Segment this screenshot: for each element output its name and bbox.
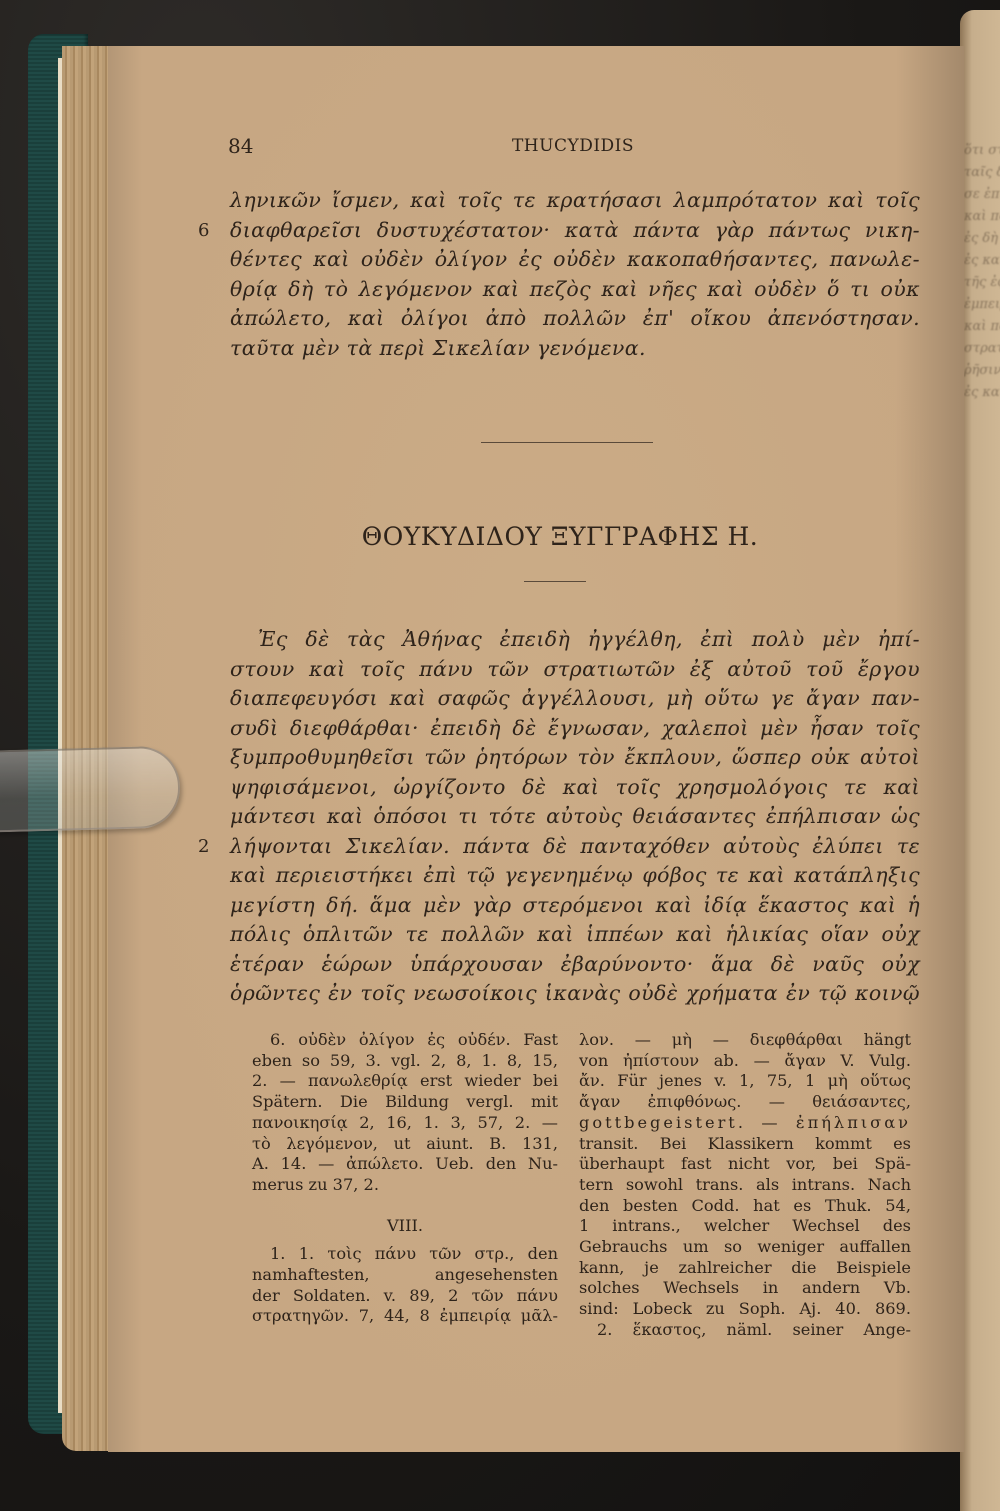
spacer xyxy=(252,1196,558,1216)
footnote-line: 2. ἕκαστος, näml. seiner Ange- xyxy=(579,1320,911,1341)
footnote-line: überhaupt fast nicht vor, bei Spä- xyxy=(579,1154,911,1175)
text-line: στουν καὶ τοῖς πάνυ τῶν στρατιωτῶν ἐξ αὐ… xyxy=(230,655,920,685)
footnote-line: kann, je zahlreicher die Beispiele xyxy=(579,1258,911,1279)
footnote-line: Spätern. Die Bildung vergl. mit xyxy=(252,1092,558,1113)
running-title: THUCYDIDIS xyxy=(228,136,918,156)
text-line: 2λήψονται Σικελίαν. πάντα δὲ πανταχόθεν … xyxy=(230,832,920,862)
text-line: ξυμπροθυμηθεῖσι τῶν ῥητόρων τὸν ἔκπλουν,… xyxy=(230,743,920,773)
footnote-line: λον. — μὴ — διεφθάρθαι hängt xyxy=(579,1030,911,1051)
margin-line-number: 2 xyxy=(198,832,210,862)
facing-page-text-blur: ὅτι στρταῖς δεσε ἐπιθκαὶ πολἐς δὴ καὶἐς … xyxy=(964,140,1000,404)
footnote-line: transit. Bei Klassikern kommt es xyxy=(579,1134,911,1155)
footnote-line: 1 intrans., welcher Wechsel des xyxy=(579,1216,911,1237)
footnote-line: 2. — πανωλεθρίᾳ erst wieder bei xyxy=(252,1071,558,1092)
footnote-line: 6. οὐδὲν ὀλίγον ἐς οὐδέν. Fast xyxy=(252,1030,558,1051)
text-line: διαπεφευγόσι καὶ σαφῶς ἀγγέλλουσι, μὴ οὕ… xyxy=(230,684,920,714)
footnote-line: der Soldaten. v. 89, 2 τῶν πάνυ xyxy=(252,1286,558,1307)
footnote-line: ἄγαν ἐπιφθόνως. — θειάσαντες, xyxy=(579,1092,911,1113)
title-underline-rule xyxy=(524,581,586,582)
text-line: 6διαφθαρεῖσι δυστυχέστατον· κατὰ πάντα γ… xyxy=(230,216,920,246)
text-line: μεγίστη δή. ἅμα μὲν γὰρ στερόμενοι καὶ ἰ… xyxy=(230,891,920,921)
footnote-line: gottbegeistert. — ἐπήλπισαν xyxy=(579,1113,911,1134)
footnote-line: Gebrauchs um so weniger auffallen xyxy=(579,1237,911,1258)
spacer xyxy=(252,1236,558,1244)
text-line: ἀπώλετο, καὶ ὀλίγοι ἀπὸ πολλῶν ἐπ' οἴκου… xyxy=(230,304,920,334)
footnote-line: A. 14. — ἀπώλετο. Ueb. den Nu- xyxy=(252,1154,558,1175)
margin-line-number: 6 xyxy=(198,216,210,246)
running-head: 84 THUCYDIDIS xyxy=(228,134,918,164)
footnotes-right-column: λον. — μὴ — διεφθάρθαι hängt von ἠπίστου… xyxy=(579,1030,911,1341)
clear-plastic-bookmark[interactable] xyxy=(0,746,181,833)
text-line: πόλις ὁπλιτῶν τε πολλῶν καὶ ἱππέων καὶ ἡ… xyxy=(230,920,920,950)
footnote-line: namhaftesten, angesehensten xyxy=(252,1265,558,1286)
text-line: ψηφισάμενοι, ὠργίζοντο δὲ καὶ τοῖς χρησμ… xyxy=(230,773,920,803)
text-line: ταῦτα μὲν τὰ περὶ Σικελίαν γενόμενα. xyxy=(230,334,920,364)
footnote-line: merus zu 37, 2. xyxy=(252,1175,558,1196)
footnotes-left-column: 6. οὐδὲν ὀλίγον ἐς οὐδέν. Fast eben so 5… xyxy=(252,1030,558,1327)
previous-section-text: ληνικῶν ἴσμεν, καὶ τοῖς τε κρατήσασι λαμ… xyxy=(230,186,920,363)
text-line: μάντεσι καὶ ὁπόσοι τι τότε αὐτοὺς θειάσα… xyxy=(230,802,920,832)
text-line: ἑτέραν ἑώρων ὑπάρχουσαν ἐβαρύνοντο· ἅμα … xyxy=(230,950,920,980)
text-line: Ἐς δὲ τὰς Ἀθήνας ἐπειδὴ ἠγγέλθη, ἐπὶ πολ… xyxy=(230,625,920,655)
footnote-line: ἄν. Für jenes v. 1, 75, 1 μὴ οὕτως xyxy=(579,1071,911,1092)
text-line: θρίᾳ δὴ τὸ λεγόμενον καὶ πεζὸς καὶ νῆες … xyxy=(230,275,920,305)
text-line: θέντες καὶ οὐδὲν ὀλίγον ἐς οὐδὲν κακοπαθ… xyxy=(230,245,920,275)
footnote-line: von ἠπίστουν ab. — ἄγαν V. Vulg. xyxy=(579,1051,911,1072)
footnote-line: sind: Lobeck zu Soph. Aj. 40. 869. xyxy=(579,1299,911,1320)
text-line: συδὶ διεφθάρθαι· ἐπειδὴ δὲ ἔγνωσαν, χαλε… xyxy=(230,714,920,744)
text-line: ὁρῶντες ἐν τοῖς νεωσοίκοις ἱκανὰς οὐδὲ χ… xyxy=(230,979,920,1009)
footnote-line: πανοικησίᾳ 2, 16, 1. 3, 57, 2. — xyxy=(252,1113,558,1134)
footnote-line: τὸ λεγόμενον, ut aiunt. B. 131, xyxy=(252,1134,558,1155)
book-title: ΘΟΥΚΥΔΙΔΟΥ ΞΥΓΓΡΑΦΗΣ Η. xyxy=(200,522,920,551)
footnote-line: στρατηγῶν. 7, 44, 8 ἐμπειρίᾳ μᾶλ- xyxy=(252,1306,558,1327)
footnote-line: solches Wechsels in andern Vb. xyxy=(579,1278,911,1299)
book-viii-text: Ἐς δὲ τὰς Ἀθήνας ἐπειδὴ ἠγγέλθη, ἐπὶ πολ… xyxy=(230,625,920,1009)
footnote-line: tern sowohl trans. als intrans. Nach xyxy=(579,1175,911,1196)
footnote-chapter-heading: VIII. xyxy=(252,1216,558,1237)
section-divider-rule xyxy=(481,442,653,443)
facing-page-edge: ὅτι στρταῖς δεσε ἐπιθκαὶ πολἐς δὴ καὶἐς … xyxy=(960,10,1000,1511)
footnote-line: 1. 1. τοὶς πάνυ τῶν στρ., den xyxy=(252,1244,558,1265)
text-line: καὶ περιειστήκει ἐπὶ τῷ γεγενημένῳ φόβος… xyxy=(230,861,920,891)
footnote-line: eben so 59, 3. vgl. 2, 8, 1. 8, 15, xyxy=(252,1051,558,1072)
text-line: ληνικῶν ἴσμεν, καὶ τοῖς τε κρατήσασι λαμ… xyxy=(230,186,920,216)
footnote-line: den besten Codd. hat es Thuk. 54, xyxy=(579,1196,911,1217)
